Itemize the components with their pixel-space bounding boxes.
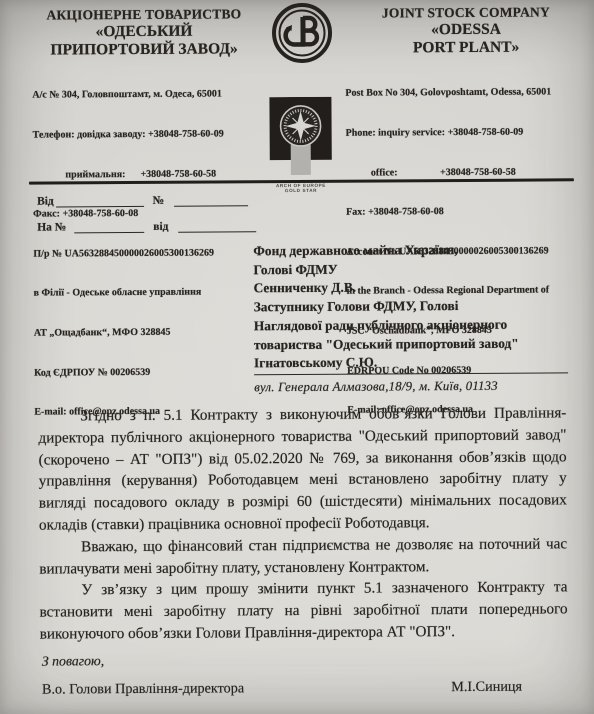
of-date-label: від xyxy=(153,221,168,233)
body-paragraph: Згідно з п. 5.1 Контракту з виконуючим о… xyxy=(38,402,567,536)
letterhead-line: Post Box No 304, Golovposhtamt, Odessa, … xyxy=(345,86,590,101)
on-number-blank xyxy=(74,220,144,233)
recipient-block: Фонд державного майна України, Голові ФД… xyxy=(253,240,568,397)
of-date-blank xyxy=(178,219,256,232)
on-number-label: На № xyxy=(37,221,66,233)
letterhead-line: в Філії - Одеське обласне управління xyxy=(34,286,264,301)
org-name-en-line3: PORT PLANT» xyxy=(342,38,590,58)
letterhead-line: А/с № 304, Головпоштамт, м. Одеса, 65001 xyxy=(32,88,262,103)
letterhead-line: Fax: +38048-758-60-08 xyxy=(346,204,591,219)
recipient-name-underlined: Ігнатовському С.Ю. xyxy=(254,353,568,376)
letter-body: Згідно з п. 5.1 Контракту з виконуючим о… xyxy=(38,402,567,645)
recipient-line: Заступнику Голови ФДМУ, Голові xyxy=(254,296,568,317)
number-label: № xyxy=(153,195,165,207)
signer-name: М.І.Синиця xyxy=(451,679,522,696)
recipient-line: Наглядової ради публічного акціонерного xyxy=(254,315,568,336)
body-paragraph: Вважаю, що фінансовий стан підприємства … xyxy=(39,533,567,580)
recipient-line: Голові ФДМУ xyxy=(253,259,567,280)
closing-salutation: З повагою, xyxy=(42,653,104,669)
letterhead-line: office: +38048-758-60-58 xyxy=(346,165,591,180)
org-name-uk-line1: АКЦІОНЕРНЕ ТОВАРИСТВО xyxy=(26,5,262,23)
org-name-uk-line3: ПРИПОРТОВИЙ ЗАВОД» xyxy=(26,40,262,59)
number-blank xyxy=(174,193,248,206)
letterhead-line: П/р № UA563288450000026005300136269 xyxy=(33,246,263,261)
org-name-uk-line2: «ОДЕСЬКИЙ xyxy=(26,22,262,41)
reference-block: Від № На № від xyxy=(37,193,257,246)
letterhead-line: Phone: inquiry service: +38048-758-60-09 xyxy=(346,125,591,140)
letterhead-line: приймальня: +38048-758-60-58 xyxy=(33,167,263,182)
letterhead-emblems: ARCH OF EUROPE GOLD STAR xyxy=(258,2,343,194)
body-paragraph: У зв’язку з цим прошу змінити пункт 5.1 … xyxy=(39,577,567,646)
signer-position: В.о. Голови Правління-директора xyxy=(42,680,244,698)
org-name-en-line2: «ODESSA xyxy=(342,20,590,40)
opz-monogram-logo xyxy=(270,2,334,64)
award-caption: ARCH OF EUROPE GOLD STAR xyxy=(259,183,343,194)
arch-of-europe-award-badge xyxy=(265,97,335,177)
recipient-line: Фонд державного майна України, xyxy=(253,240,567,261)
org-name-en-line1: JOINT STOCK COMPANY xyxy=(342,3,590,22)
recipient-address: вул. Генерала Алмазова,18/9, м. Київ, 01… xyxy=(254,376,568,397)
from-label: Від xyxy=(37,195,54,207)
recipient-line: Сенниченку Д.В. xyxy=(254,278,568,299)
reference-from-row: Від № xyxy=(37,193,256,220)
scanned-letter-photo: АКЦІОНЕРНЕ ТОВАРИСТВО «ОДЕСЬКИЙ ПРИПОРТО… xyxy=(0,0,594,714)
recipient-line: товариства "Одеський припортовий завод" xyxy=(254,334,568,355)
from-date-blank xyxy=(56,194,144,208)
letterhead-line: АТ „Ощадбанк“, МФО 328845 xyxy=(34,325,264,340)
reference-on-number-row: На № від xyxy=(37,219,256,246)
letterhead-left-details: А/с № 304, Головпоштамт, м. Одеса, 65001… xyxy=(26,61,264,445)
signature-row: В.о. Голови Правління-директора М.І.Сини… xyxy=(42,679,522,699)
letter-sheet: АКЦІОНЕРНЕ ТОВАРИСТВО «ОДЕСЬКИЙ ПРИПОРТО… xyxy=(0,0,594,714)
letterhead-line: Телефон: довідка заводу: +38048-758-60-0… xyxy=(33,127,263,142)
letterhead-line: Код ЄДРПОУ № 00206539 xyxy=(34,365,264,380)
